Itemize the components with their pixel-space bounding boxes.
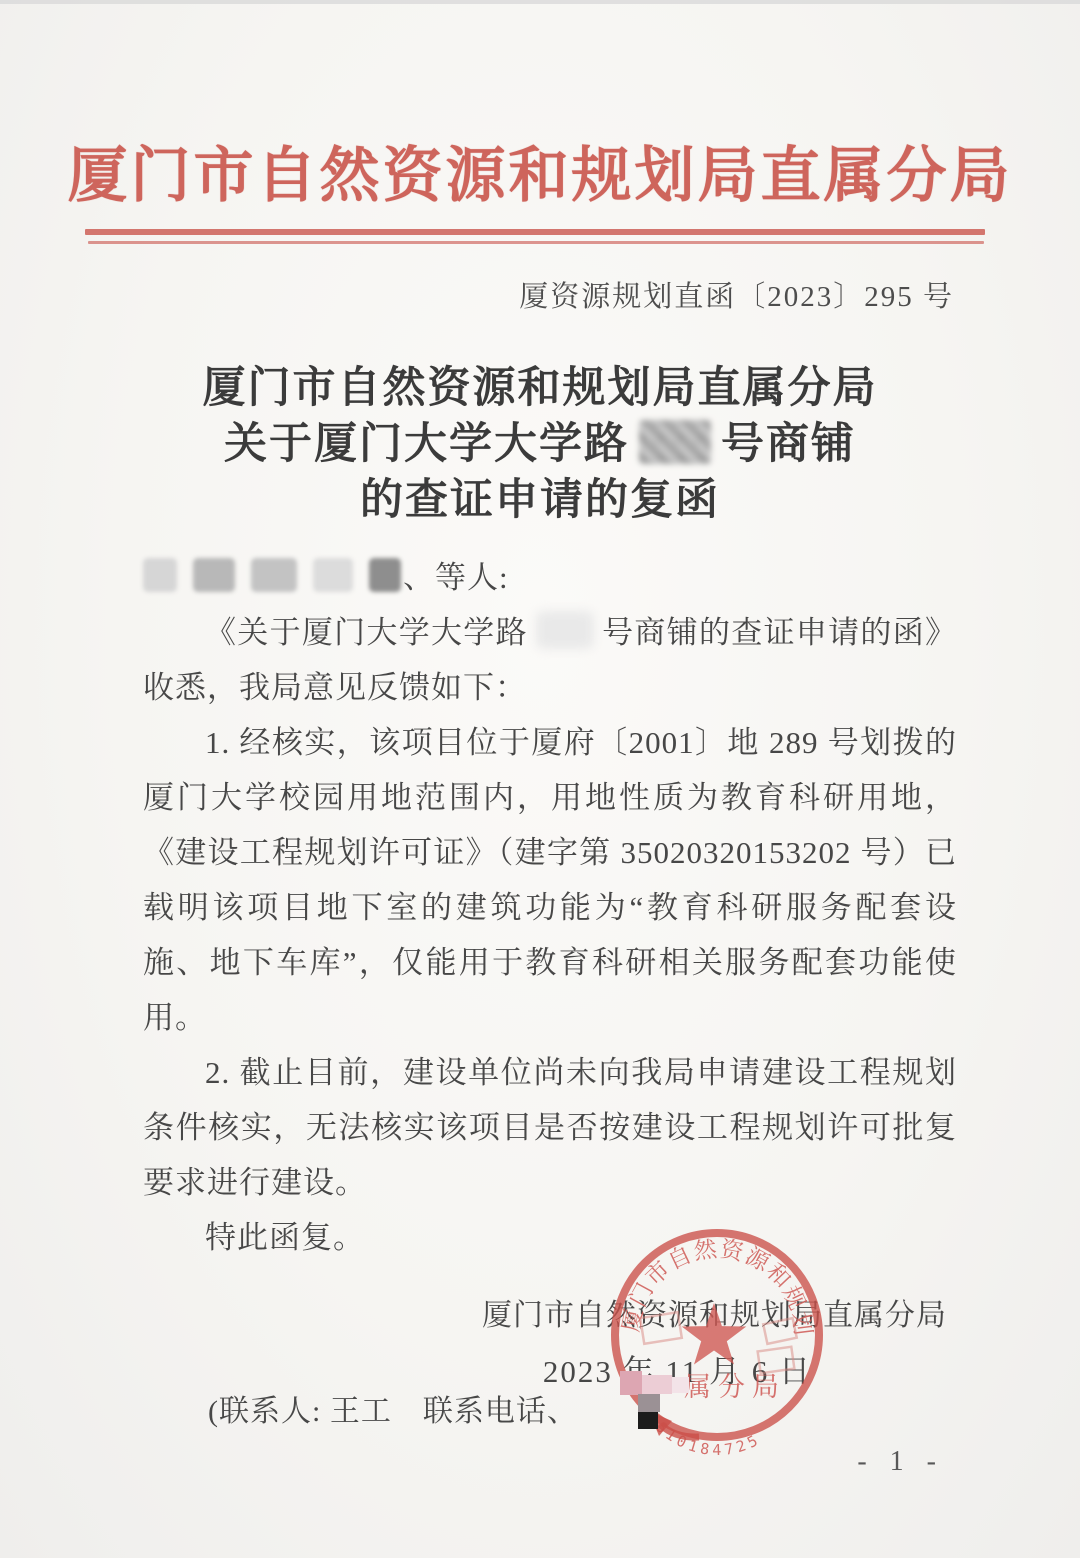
document-reference-number: 厦资源规划直函〔2023〕295 号 bbox=[519, 274, 954, 315]
salutation-suffix: 、等人: bbox=[403, 560, 509, 595]
letter-title-line3: 的查证申请的复函 bbox=[0, 472, 1080, 528]
redaction-mosaic bbox=[620, 1371, 694, 1431]
page-number: - 1 - bbox=[857, 1446, 944, 1478]
paragraph-closing: 特此函复。 bbox=[143, 1210, 957, 1265]
paragraph-item-2: 2. 截止目前，建设单位尚未向我局申请建设工程规划条件核实，无法核实该项目是否按… bbox=[143, 1045, 957, 1210]
letter-title-line2-suffix: 号商铺 bbox=[721, 420, 856, 468]
redacted-number-smudge bbox=[536, 611, 594, 649]
letter-title-line2: 关于厦门大学大学路号商铺 bbox=[0, 416, 1080, 472]
scanned-official-letter: { "header": { "agency_name": "厦门市自然资源和规划… bbox=[0, 0, 1080, 1558]
redacted-name-blur bbox=[369, 558, 401, 592]
letterhead-rule-thick bbox=[85, 229, 985, 235]
scan-edge-line bbox=[0, 0, 1080, 4]
mosaic-cell bbox=[672, 1377, 689, 1393]
mosaic-cell bbox=[620, 1371, 642, 1395]
letterhead-agency-name: 厦门市自然资源和规划局直属分局 bbox=[0, 128, 1080, 214]
contact-info-line: (联系人: 王工 联系电话、 bbox=[208, 1386, 578, 1430]
salutation-line: 、等人: bbox=[143, 550, 957, 605]
mosaic-cell bbox=[638, 1412, 658, 1429]
mosaic-cell bbox=[638, 1394, 660, 1412]
redacted-name-blur bbox=[313, 558, 353, 592]
redacted-name-blur bbox=[193, 558, 235, 592]
paragraph-item-1: 1. 经核实，该项目位于厦府〔2001〕地 289 号划拨的厦门大学校园用地范围… bbox=[143, 715, 957, 1045]
paragraph-intro-prefix: 《关于厦门大学大学路 bbox=[205, 615, 528, 650]
letterhead-rule-thin bbox=[88, 241, 984, 244]
redacted-number-blur bbox=[639, 420, 711, 464]
mosaic-cell bbox=[642, 1375, 672, 1394]
letter-title: 厦门市自然资源和规划局直属分局 关于厦门大学大学路号商铺 的查证申请的复函 bbox=[0, 360, 1080, 528]
redacted-name-blur bbox=[143, 558, 177, 592]
letter-body: 、等人: 《关于厦门大学大学路号商铺的查证申请的函》收悉，我局意见反馈如下： 1… bbox=[143, 550, 957, 1265]
letter-title-line1: 厦门市自然资源和规划局直属分局 bbox=[0, 360, 1080, 416]
paragraph-intro: 《关于厦门大学大学路号商铺的查证申请的函》收悉，我局意见反馈如下： bbox=[143, 605, 957, 715]
redacted-name-blur bbox=[251, 558, 297, 592]
letter-title-line2-prefix: 关于厦门大学大学路 bbox=[224, 420, 629, 468]
signature-org-name: 厦门市自然资源和规划局直属分局 bbox=[482, 1290, 947, 1334]
